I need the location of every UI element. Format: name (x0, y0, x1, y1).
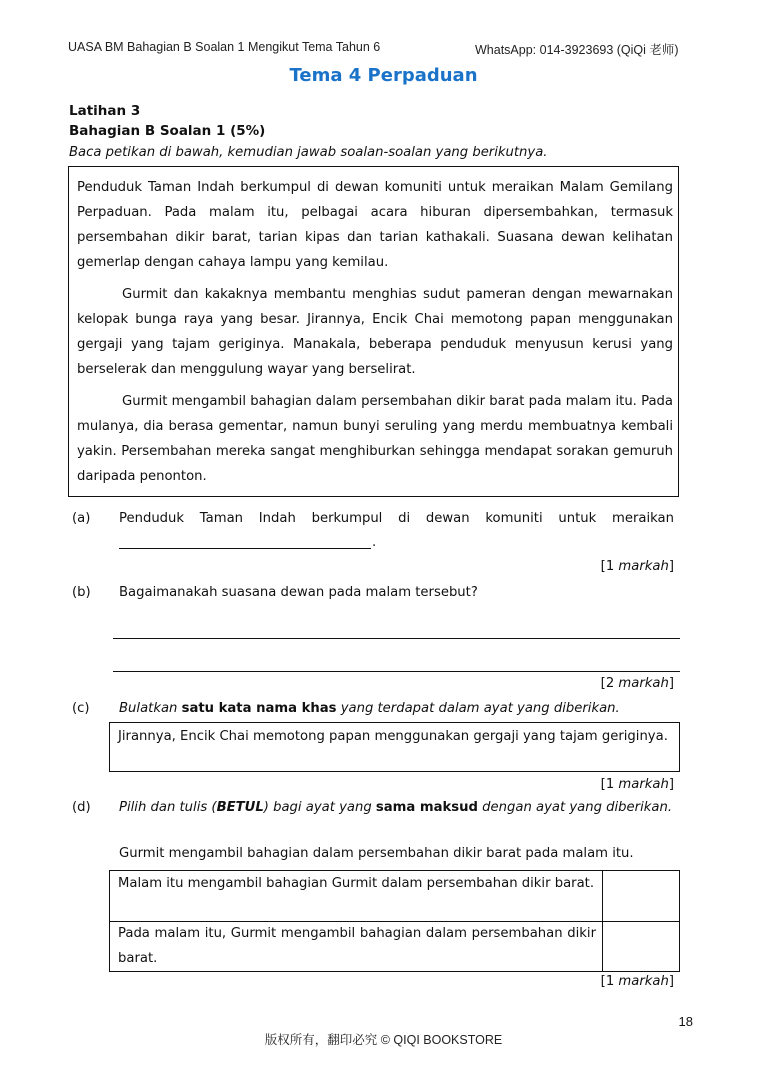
passage-paragraph-1: Penduduk Taman Indah berkumpul di dewan … (77, 175, 673, 275)
question-c-sentence-box: Jirannya, Encik Chai memotong papan meng… (109, 722, 680, 772)
question-c-sentence[interactable]: Jirannya, Encik Chai memotong papan meng… (118, 724, 670, 749)
instruction-text: Baca petikan di bawah, kemudian jawab so… (69, 145, 548, 160)
question-d-option-1-text: Malam itu mengambil bahagian Gurmit dala… (118, 871, 596, 896)
question-d-option-2: Pada malam itu, Gurmit mengambil bahagia… (110, 921, 679, 971)
passage-box: Penduduk Taman Indah berkumpul di dewan … (68, 166, 679, 497)
question-d-label: (d) (72, 800, 91, 815)
question-b-marks: [2 markah] (601, 676, 674, 691)
question-a-marks: [1 markah] (601, 559, 674, 574)
question-d-text: Pilih dan tulis (BETUL) bagi ayat yang s… (119, 795, 674, 820)
passage-paragraph-3: Gurmit mengambil bahagian dalam persemba… (77, 389, 673, 489)
page-title: Tema 4 Perpaduan (0, 65, 767, 86)
question-a-period: . (372, 535, 376, 550)
section-heading: Bahagian B Soalan 1 (5%) (69, 123, 265, 139)
question-d-option-1: Malam itu mengambil bahagian Gurmit dala… (110, 871, 679, 922)
question-d-option-1-answer-cell[interactable] (602, 871, 679, 921)
question-d-given-sentence: Gurmit mengambil bahagian dalam persemba… (119, 846, 634, 861)
question-b-answer-line-1[interactable] (113, 638, 680, 639)
exercise-heading: Latihan 3 (69, 103, 140, 119)
question-c-label: (c) (72, 701, 90, 716)
question-a-answer-line[interactable] (119, 548, 371, 549)
question-b-label: (b) (72, 585, 91, 600)
running-header-title: UASA BM Bahagian B Soalan 1 Mengikut Tem… (68, 40, 380, 54)
question-d-option-2-answer-cell[interactable] (602, 921, 679, 971)
question-c-marks: [1 markah] (601, 777, 674, 792)
question-b-answer-line-2[interactable] (113, 671, 680, 672)
question-d-option-2-text: Pada malam itu, Gurmit mengambil bahagia… (118, 921, 596, 971)
page-number: 18 (679, 1014, 693, 1029)
running-header-contact: WhatsApp: 014-3923693 (QiQi 老师) (475, 40, 679, 58)
passage-paragraph-2: Gurmit dan kakaknya membantu menghias su… (77, 282, 673, 382)
copyright-footer: 版权所有，翻印必究 © QIQI BOOKSTORE (0, 1030, 767, 1048)
question-a-text: Penduduk Taman Indah berkumpul di dewan … (119, 506, 674, 531)
question-d-marks: [1 markah] (601, 974, 674, 989)
question-a-label: (a) (72, 511, 90, 526)
question-d-options-table: Malam itu mengambil bahagian Gurmit dala… (109, 870, 680, 972)
question-c-text: Bulatkan satu kata nama khas yang terdap… (119, 696, 674, 721)
question-b-text: Bagaimanakah suasana dewan pada malam te… (119, 580, 674, 605)
